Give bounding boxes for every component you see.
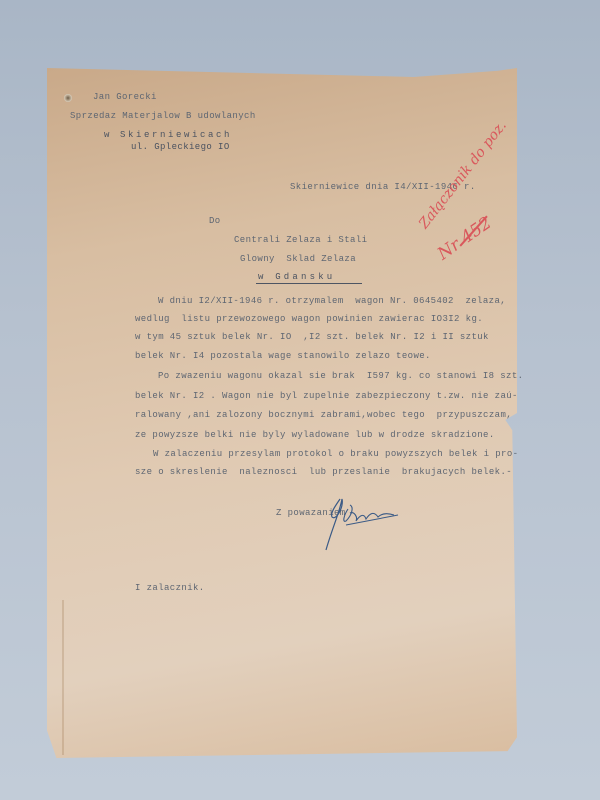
recipient-underline <box>256 283 362 284</box>
paper-fold <box>62 600 64 755</box>
sender-name: Jan Gorecki <box>93 93 157 102</box>
body-line-9: W zalaczeniu przesylam protokol o braku … <box>153 450 518 459</box>
body-line-3: w tym 45 sztuk belek Nr. IO ,I2 szt. bel… <box>135 333 489 342</box>
recipient-line2: Glowny Sklad Zelaza <box>240 255 356 264</box>
body-line-1: W dniu I2/XII-1946 r. otrzymalem wagon N… <box>158 297 506 306</box>
punch-hole-icon <box>64 94 72 102</box>
recipient-line3: w Gdansku <box>258 273 335 282</box>
sender-street: ul. Gpleckiego IO <box>131 143 230 152</box>
signature-icon <box>318 495 418 555</box>
recipient-prefix: Do <box>209 217 221 226</box>
sender-business: Sprzedaz Materjalow B udowlanych <box>70 112 256 121</box>
recipient-line1: Centrali Zelaza i Stali <box>234 236 367 245</box>
body-line-8: ze powyzsze belki nie byly wyladowane lu… <box>135 431 495 440</box>
body-line-4: belek Nr. I4 pozostala wage stanowilo ze… <box>135 352 431 361</box>
body-line-6: belek Nr. I2 . Wagon nie byl zupelnie za… <box>135 392 518 401</box>
sender-city: w Skierniewicach <box>104 131 232 140</box>
enclosure-note: I zalacznik. <box>135 584 205 593</box>
body-line-10: sze o skreslenie naleznosci lub przeslan… <box>135 468 512 477</box>
body-line-5: Po zwazeniu wagonu okazal sie brak I597 … <box>158 372 523 381</box>
body-line-7: ralowany ,ani zalozony bocznymi zabrami,… <box>135 411 512 420</box>
body-line-2: wedlug listu przewozowego wagon powinien… <box>135 315 483 324</box>
